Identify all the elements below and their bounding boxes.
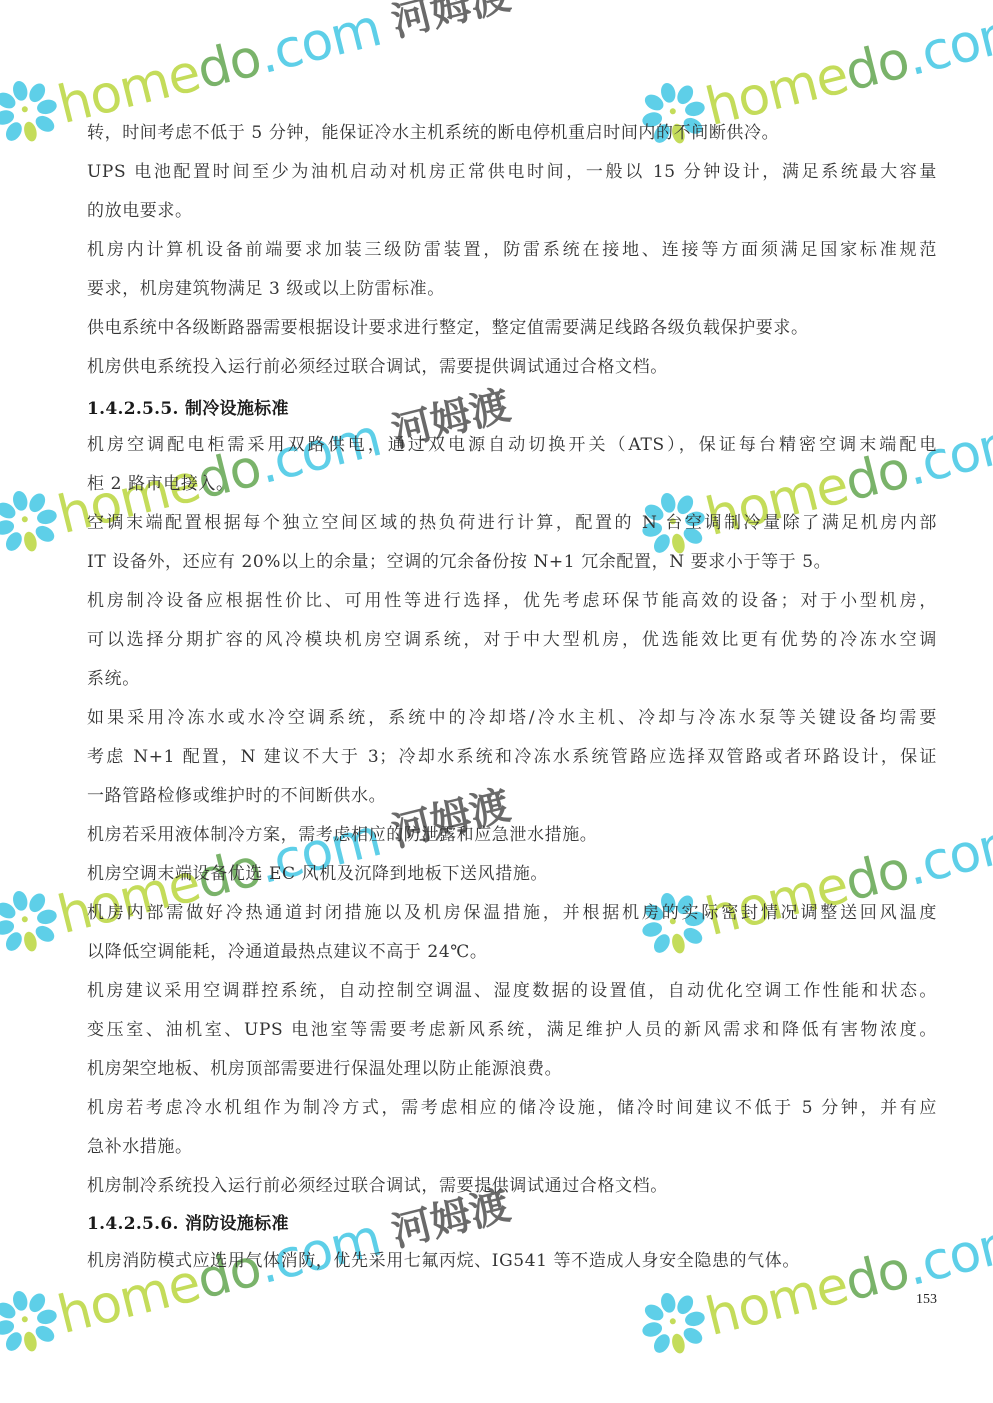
paragraph-line: IT 设备外，还应有 20%以上的余量；空调的冗余备份按 N+1 冗余配置，N … [87,551,937,573]
page-number: 153 [916,1292,937,1308]
paragraph-line: 机房内计算机设备前端要求加装三级防雷装置，防雷系统在接地、连接等方面须满足国家标… [87,239,937,261]
paragraph-line: 一路管路检修或维护时的不间断供水。 [87,785,937,807]
paragraph-line: 转，时间考虑不低于 5 分钟，能保证冷水主机系统的断电停机重启时间内的不间断供冷… [87,122,937,144]
document-page: homedo.com河姆渡 homedo.com [0,0,993,1403]
homedo-flower-icon [0,482,64,560]
paragraph-line: 空调末端配置根据每个独立空间区域的热负荷进行计算，配置的 N 台空调制冷量除了满… [87,512,937,534]
paragraph-line: 机房内部需做好冷热通道封闭措施以及机房保温措施，并根据机房的实际密封情况调整送回… [87,902,937,924]
paragraph-line: 考虑 N+1 配置，N 建议不大于 3；冷却水系统和冷冻水系统管路应选择双管路或… [87,746,937,768]
paragraph-line: 系统。 [87,668,937,690]
paragraph-line: 供电系统中各级断路器需要根据设计要求进行整定，整定值需要满足线路各级负载保护要求… [87,317,937,339]
paragraph-line: UPS 电池配置时间至少为油机启动对机房正常供电时间，一般以 15 分钟设计，满… [87,161,937,183]
homedo-flower-icon [0,882,64,960]
paragraph-line: 的放电要求。 [87,200,937,222]
paragraph-line: 机房空调末端设备优选 EC 风机及沉降到地板下送风措施。 [87,863,937,885]
paragraph-line: 机房架空地板、机房顶部需要进行保温处理以防止能源浪费。 [87,1058,937,1080]
paragraph-line: 机房若采用液体制冷方案，需考虑相应的防泄露和应急泄水措施。 [87,824,937,846]
section-heading-cooling: 1.4.2.5.5. 制冷设施标准 [87,398,937,420]
paragraph-line: 以降低空调能耗，冷通道最热点建议不高于 24℃。 [87,941,937,963]
paragraph-line: 柜 2 路市电接入。 [87,473,937,495]
paragraph-line: 变压室、油机室、UPS 电池室等需要考虑新风系统，满足维护人员的新风需求和降低有… [87,1019,937,1041]
section-heading-fire-protection: 1.4.2.5.6. 消防设施标准 [87,1213,937,1235]
homedo-flower-icon [0,1282,64,1360]
paragraph-line: 急补水措施。 [87,1136,937,1158]
paragraph-line: 机房消防模式应选用气体消防，优先采用七氟丙烷、IG541 等不造成人身安全隐患的… [87,1250,937,1272]
paragraph-line: 可以选择分期扩容的风冷模块机房空调系统，对于中大型机房，优选能效比更有优势的冷冻… [87,629,937,651]
paragraph-line: 机房制冷设备应根据性价比、可用性等进行选择，优先考虑环保节能高效的设备；对于小型… [87,590,937,612]
paragraph-line: 要求，机房建筑物满足 3 级或以上防雷标准。 [87,278,937,300]
paragraph-line: 机房空调配电柜需采用双路供电，通过双电源自动切换开关（ATS），保证每台精密空调… [87,434,937,456]
paragraph-line: 如果采用冷冻水或水冷空调系统，系统中的冷却塔/冷水主机、冷却与冷冻水泵等关键设备… [87,707,937,729]
paragraph-line: 机房制冷系统投入运行前必须经过联合调试，需要提供调试通过合格文档。 [87,1175,937,1197]
homedo-flower-icon [635,1284,713,1362]
homedo-flower-icon [0,72,64,150]
paragraph-line: 机房供电系统投入运行前必须经过联合调试，需要提供调试通过合格文档。 [87,356,937,378]
paragraph-line: 机房若考虑冷水机组作为制冷方式，需考虑相应的储冷设施，储冷时间建议不低于 5 分… [87,1097,937,1119]
paragraph-line: 机房建议采用空调群控系统，自动控制空调温、湿度数据的设置值，自动优化空调工作性能… [87,980,937,1002]
